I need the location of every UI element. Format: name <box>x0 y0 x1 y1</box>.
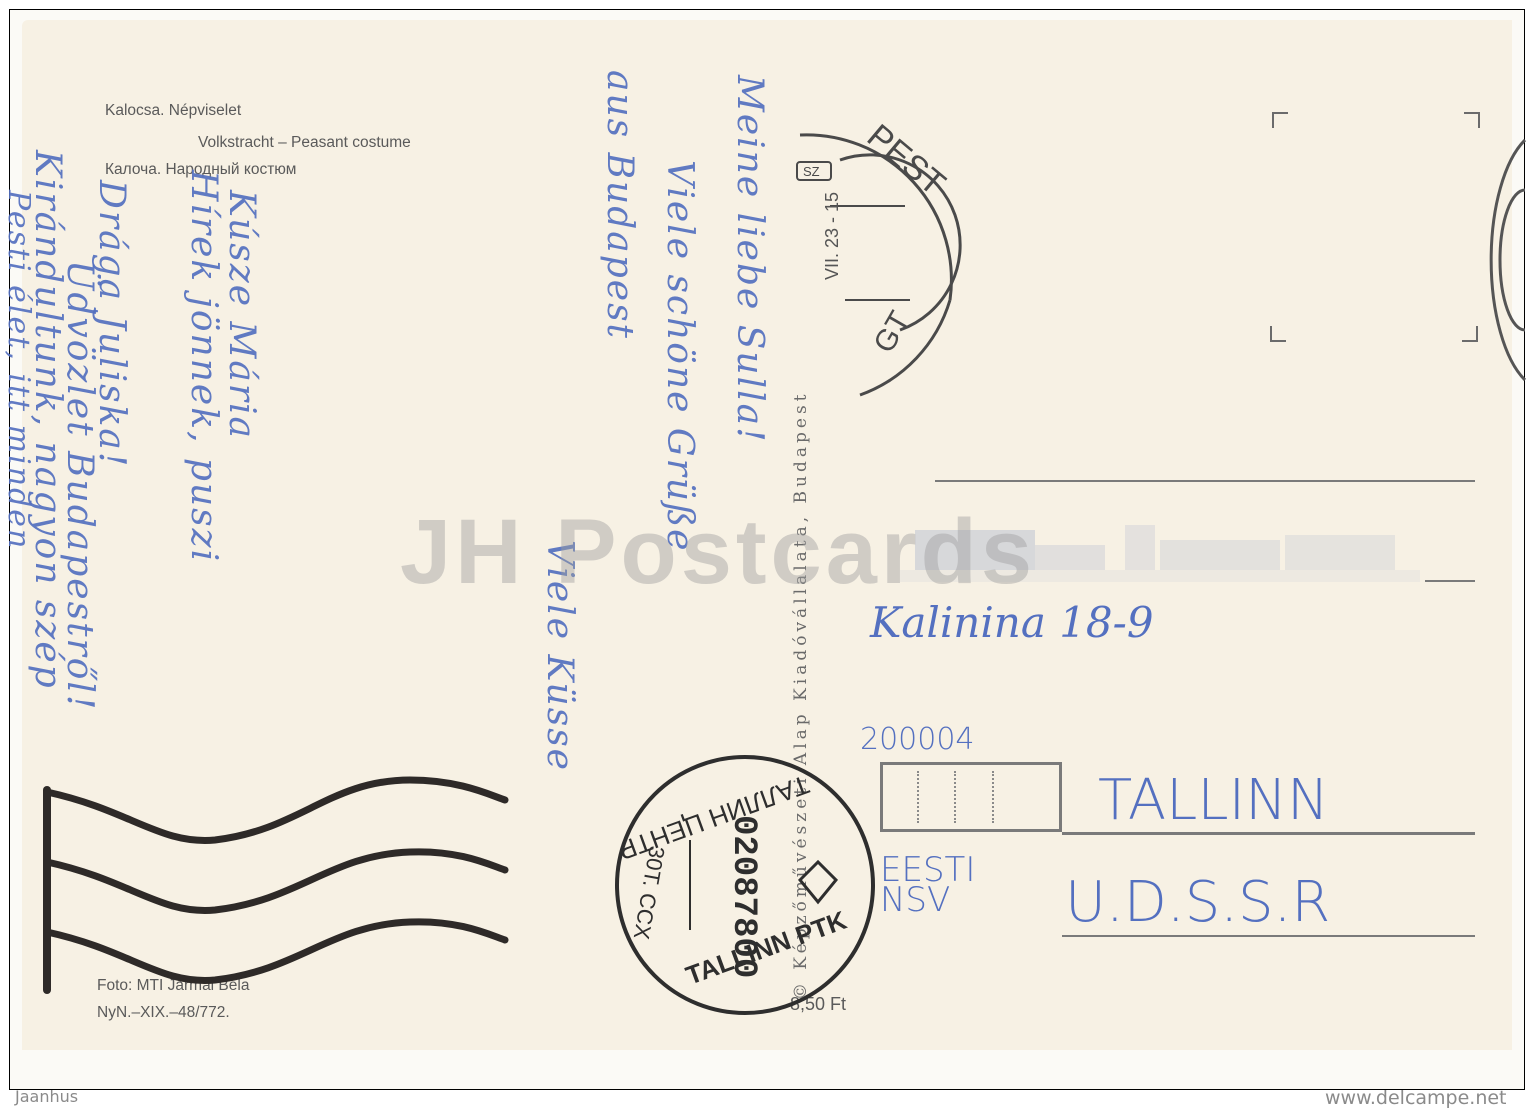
address-city: TALLINN <box>1098 768 1329 833</box>
right-edge-postmark-icon <box>1491 140 1525 380</box>
uploader-name: Jaanhus <box>15 1087 78 1106</box>
wavy-cancellation-icon <box>47 780 505 990</box>
address-country: U.D.S.S.R <box>1065 870 1330 935</box>
tallinn-postmark-bottom: TALLINN PTK <box>682 905 851 991</box>
address-region: EESTI NSV <box>880 855 1020 915</box>
address-postal-code: 200004 <box>860 722 975 757</box>
postmark-suffix: GT <box>867 306 916 359</box>
handwriting-de-3: aus Budapest <box>599 70 640 340</box>
handwriting-hu-6: Kúsze Mária <box>221 190 262 440</box>
postmark-city: PEST <box>860 117 952 203</box>
site-watermark: www.delcampe.net <box>1325 1087 1507 1109</box>
postmark-code-badge: SZ <box>803 164 820 179</box>
postmark-date: VII. 23 - 15 <box>822 192 842 280</box>
handwriting-hu-4: Pesti élet, itt minden <box>1 190 36 550</box>
jh-postcards-watermark: JH Postcards <box>400 500 1036 605</box>
handwriting-de-1: Meine liebe Sulla! <box>729 75 770 444</box>
handwriting-hu-5: Hírek jönnek, puszi <box>183 170 224 563</box>
handwriting-de-2: Viele schöne Grüße <box>659 160 700 552</box>
address-street: Kalinina 18-9 <box>870 598 1154 647</box>
